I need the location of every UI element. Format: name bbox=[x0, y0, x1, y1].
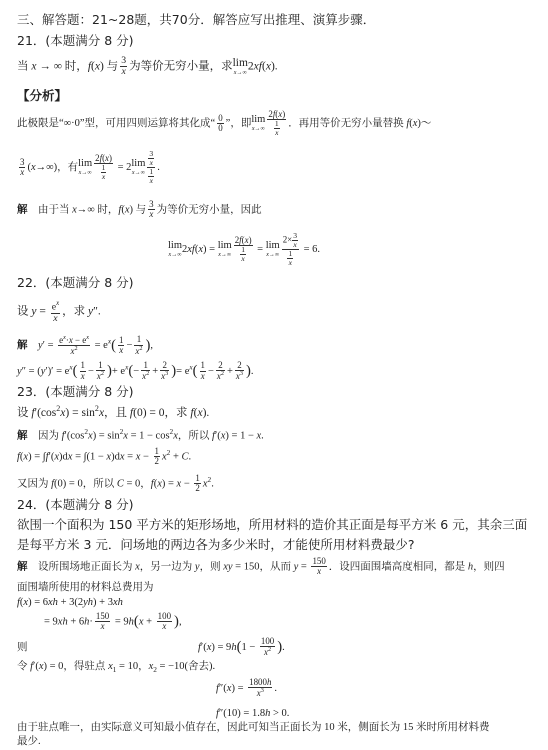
question-23-solution-line-3: 又因为 f(0) = 0，所以 C = 0，f(x) = x − 12x2. bbox=[17, 474, 214, 494]
question-24-label: 24．(本题满分 8 分) bbox=[17, 499, 134, 512]
question-23-label: 23．(本题满分 8 分) bbox=[17, 386, 134, 399]
question-22-prompt: 设 y = exx，求 y″. bbox=[17, 300, 101, 324]
question-24-solution-line-5: f′(x) = 9h(1 − 100x2). bbox=[198, 637, 285, 658]
question-21-label: 21．(本题满分 8 分) bbox=[17, 35, 134, 48]
question-24-solution-line-7: f″(x) = 1800hx3. bbox=[216, 678, 277, 699]
question-23-prompt: 设 f′(cos2x) = sin2x，且 f(0) = 0，求 f(x). bbox=[17, 405, 209, 419]
question-24-solution-line-8: f″(10) = 1.8h > 0. bbox=[216, 709, 289, 720]
question-24-solution-line-4: = 9xh + 6h·150x = 9h(x + 100x), bbox=[44, 612, 182, 632]
question-21-prompt: 当 x → ∞ 时，f(x) 与3x为等价无穷小量，求limx→∞2xf(x). bbox=[17, 56, 278, 78]
solution-label: 解 bbox=[17, 431, 28, 442]
analysis-label: 【分析】 bbox=[17, 90, 67, 103]
question-23-solution-line-2: f(x) = ∫f′(x)dx = ∫(1 − x)dx = x − 12x2 … bbox=[17, 447, 191, 467]
analysis-line-2: 3x(x→∞)，有limx→∞2f(x)1x = 2limx→∞3x1x. bbox=[17, 150, 160, 185]
question-23-solution-line-1: 解 因为 f′(cos2x) = sin2x = 1 − cos2x，所以 f′… bbox=[17, 428, 264, 442]
question-24-solution-line-1: 解 设所围场地正面长为 x，另一边为 y，则 xy = 150，从而 y = 1… bbox=[17, 557, 505, 577]
question-24-solution-line-6: 令 f′(x) = 0，得驻点 x1 = 10，x2 = −10(舍去). bbox=[17, 662, 215, 673]
then-label: 则 bbox=[17, 643, 28, 654]
question-22-label: 22．(本题满分 8 分) bbox=[17, 277, 134, 290]
question-24-solution-line-10: 最少. bbox=[17, 737, 41, 748]
question-24-solution-line-3: f(x) = 6xh + 3(2yh) + 3xh bbox=[17, 598, 123, 609]
question-24-solution-line-2: 面围墙所使用的材料总费用为 bbox=[17, 583, 154, 594]
question-24-prompt-line-1: 欲围一个面积为 150 平方米的矩形场地，所用材料的造价其正面是每平方米 6 元… bbox=[17, 519, 527, 532]
section-header: 三、解答题：21~28题，共70分．解答应写出推理、演算步骤． bbox=[17, 14, 375, 27]
question-21-solution-line-1: 解 由于当 x→∞ 时，f(x) 与3x为等价无穷小量，因此 bbox=[17, 200, 262, 220]
solution-label: 解 bbox=[17, 204, 28, 215]
question-22-solution-line-1: 解 y′ = ex·x − exx2 = ex(1x−1x2), bbox=[17, 335, 153, 357]
analysis-line-1: 此极限是“∞·0”型，可用四则运算将其化成“00”，即limx→∞2f(x)1x… bbox=[17, 110, 431, 137]
solution-label: 解 bbox=[17, 340, 28, 351]
question-24-solution-line-9: 由于驻点唯一，由实际意义可知最小值存在，因此可知当正面长为 10 米，侧面长为 … bbox=[17, 723, 490, 734]
question-21-solution-line-2: limx→∞2xf(x) = limx→∞2f(x)1x = limx→∞2×3… bbox=[168, 232, 320, 267]
question-24-prompt-line-2: 是每平方米 3 元．问场地的两边各为多少米时，才能使所用材料费最少? bbox=[17, 539, 415, 552]
question-22-solution-line-2: y″ = (y′)′ = ex(1x−1x2)+ ex(−1x2+2x3)= e… bbox=[17, 361, 254, 382]
solution-label: 解 bbox=[17, 561, 28, 572]
